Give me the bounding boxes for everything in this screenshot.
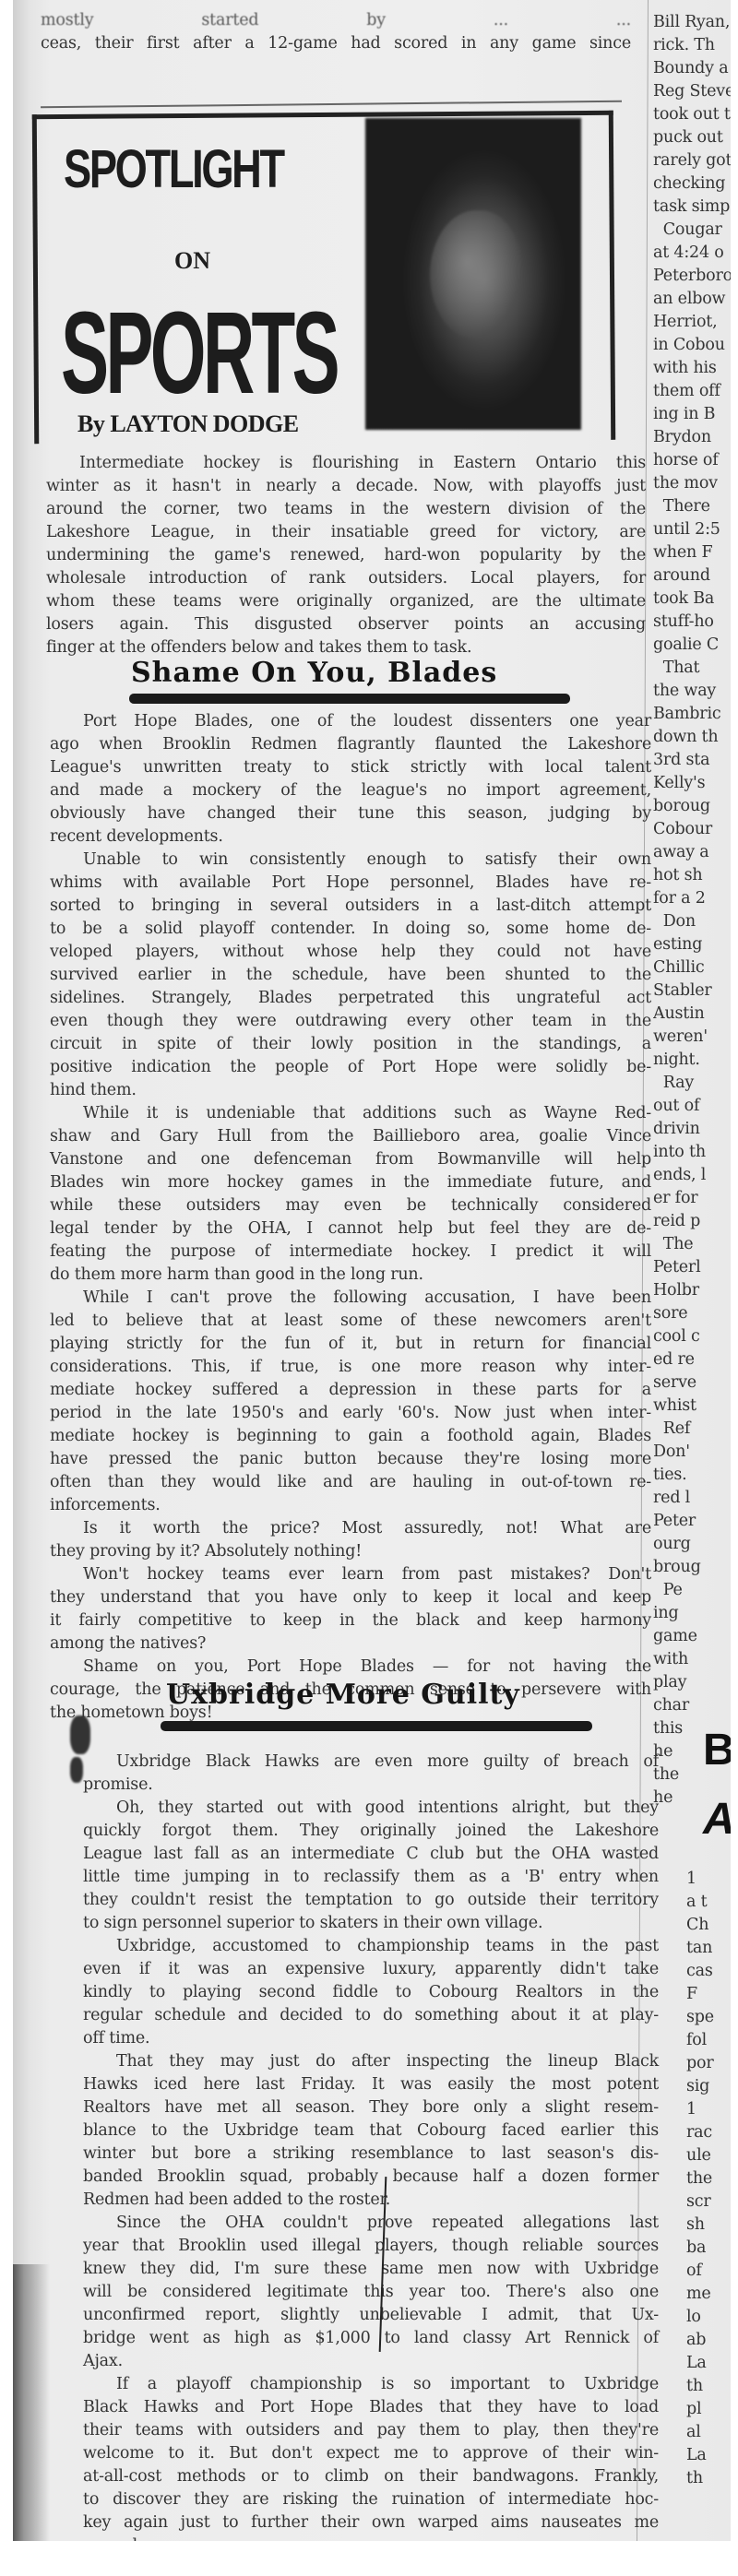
text-line: for a 2 [653, 887, 731, 910]
section-headline-uxbridge-more-guilty: Uxbridge More Guilty [166, 1679, 520, 1711]
text-line: ties. [653, 1464, 731, 1487]
text-line: Holbr [653, 1279, 731, 1302]
text-line: whims with available Port Hope personnel… [50, 872, 651, 895]
text-line: rick. Th [653, 34, 731, 57]
text-line: Is it worth the price? Most assuredly, n… [50, 1517, 651, 1540]
text-line: night. [653, 1049, 731, 1072]
text-line: F [686, 1983, 731, 2006]
text-line: even though they were outdrawing every o… [50, 1010, 651, 1033]
text-line: Bambric [653, 703, 731, 726]
text-line: boroug [653, 795, 731, 818]
portrait-face [430, 210, 522, 339]
text-line: positive indication the people of Port H… [50, 1056, 651, 1079]
text-line: sig [686, 2075, 731, 2098]
text-line: reid p [653, 1210, 731, 1233]
text-line: Since the OHA couldn't prove repeated al… [83, 2212, 659, 2235]
text-line: undermining the game's renewed, hard-won… [46, 544, 646, 567]
text-line: Cobour [653, 818, 731, 841]
text-line: to be a solid playoff contender. In doin… [50, 918, 651, 941]
text-line: quickly forgot them. They originally joi… [83, 1820, 659, 1843]
adjacent-headline-fragment: B [703, 1725, 731, 1775]
text-line: Intermediate hockey is flourishing in Ea… [46, 452, 646, 475]
text-line: bridge went as high as $1,000 to land cl… [83, 2327, 659, 2350]
text-line: out of [653, 1095, 731, 1118]
byline: By LAYTON DODGE [77, 410, 299, 438]
text-line: unconfirmed report, slightly unbelievabl… [83, 2304, 659, 2327]
text-line: winter as it hasn't in nearly a decade. … [46, 475, 646, 498]
text-line: whist [653, 1395, 731, 1418]
text-line: Don' [653, 1441, 731, 1464]
text-line: lo [686, 2306, 731, 2329]
text-line: Chillic [653, 956, 731, 979]
text-line: it fairly competitive to keep in the bla… [50, 1609, 651, 1632]
text-line: rarely got [653, 149, 731, 172]
text-line: blance to the Uxbridge team that Cobourg… [83, 2119, 659, 2143]
text-line: among the natives? [50, 1632, 651, 1656]
text-line: Peter [653, 1510, 731, 1533]
columnist-photo [365, 118, 581, 430]
text-line: little time jumping in to reclassify the… [83, 1866, 659, 1889]
text-line: kindly to playing second fiddle to Cobou… [83, 1981, 659, 2004]
text-line: with [653, 1648, 731, 1671]
text-line: play [653, 1671, 731, 1694]
text-line: into th [653, 1141, 731, 1164]
text-line: If a playoff championship is so importan… [83, 2373, 659, 2396]
text-line: 1 [686, 1868, 731, 1891]
text-line: spe [686, 2006, 731, 2029]
text-line: Black Hawks and Port Hope Blades that th… [83, 2396, 659, 2419]
text-line: That they may just do after inspecting t… [83, 2050, 659, 2073]
text-line: sorted to bringing in several outsiders … [50, 895, 651, 918]
text-line: even if it was an expensive luxury, appa… [83, 1958, 659, 1981]
text-line: year that Brooklin used illegal players,… [83, 2235, 659, 2258]
text-line: welcome to it. But don't expect me to ap… [83, 2442, 659, 2465]
text-line: al [686, 2421, 731, 2444]
text-line: horse of [653, 449, 731, 472]
text-line: period in the late 1950's and early '60'… [50, 1402, 651, 1425]
text-line: legal tender by the OHA, I cannot help b… [50, 1217, 651, 1241]
text-line: game [653, 1625, 731, 1648]
text-line: ends, l [653, 1164, 731, 1187]
text-line: Ray [653, 1072, 731, 1095]
text-line: at-all-cost methods or to climb on their… [83, 2465, 659, 2488]
text-line: La [686, 2352, 731, 2375]
text-line: Bill Ryan, [653, 11, 731, 34]
text-line: losers again. This disgusted observer po… [46, 613, 646, 636]
text-line: League's unwritten treaty to stick stric… [50, 756, 651, 779]
text-line: an elbow [653, 288, 731, 311]
column-title-on: ON [174, 247, 210, 275]
text-line: Uxbridge, accustomed to championship tea… [83, 1935, 659, 1958]
text-line: Peterboro [653, 265, 731, 288]
text-line: me [686, 2283, 731, 2306]
text-line: 1 [686, 2098, 731, 2121]
text-line: ab [686, 2329, 731, 2352]
text-line: ceas, their first after a 12-game had sc… [41, 32, 631, 55]
text-line: Boundy a [653, 57, 731, 80]
text-line: Ref [653, 1418, 731, 1441]
text-line: mostly started by ... ... [41, 9, 631, 32]
text-line: tan [686, 1937, 731, 1960]
text-line: of [686, 2260, 731, 2283]
text-line: serve [653, 1371, 731, 1395]
text-line: at 4:24 o [653, 242, 731, 265]
column-title-sports: SPORTS [61, 295, 337, 411]
text-line: pl [686, 2398, 731, 2421]
column-title-spotlight: SPOTLIGHT [64, 143, 283, 196]
text-line: often than they would like and are hauli… [50, 1471, 651, 1494]
text-line: goalie C [653, 634, 731, 657]
text-line: their teams with outsiders and pay them … [83, 2419, 659, 2442]
section-headline-shame-on-you-blades: Shame On You, Blades [131, 657, 497, 689]
section-divider [41, 101, 622, 109]
text-line: th [686, 2467, 731, 2490]
text-line: checking [653, 172, 731, 196]
headline-underline-bar [129, 694, 570, 704]
text-line: obviously have changed their tune this s… [50, 802, 651, 825]
text-line: Austin [653, 1003, 731, 1026]
text-line: 3rd sta [653, 749, 731, 772]
text-line: Ch [686, 1914, 731, 1937]
text-line: while these outsiders may even be techni… [50, 1194, 651, 1217]
text-line: promise. [83, 1774, 659, 1797]
text-line: red l [653, 1487, 731, 1510]
text-line: Herriot, [653, 311, 731, 334]
text-line: around the corner, two teams in the west… [46, 498, 646, 521]
text-line: inforcements. [50, 1494, 651, 1517]
text-line: them off [653, 380, 731, 403]
text-line: stuff-ho [653, 611, 731, 634]
intro-paragraph: Intermediate hockey is flourishing in Ea… [46, 452, 646, 659]
text-line: scr [686, 2190, 731, 2214]
adjacent-column-fragment-lower: 1a tChtancasFspefolporsig1raculethescrsh… [686, 1868, 731, 2490]
text-line: in Cobou [653, 334, 731, 357]
text-line: The [653, 1233, 731, 1256]
text-line: ago when Brooklin Redmen flagrantly flau… [50, 733, 651, 756]
text-line: Port Hope Blades, one of the loudest dis… [50, 710, 651, 733]
text-line: League last fall as an intermediate C cl… [83, 1843, 659, 1866]
text-line: away a [653, 841, 731, 864]
text-line: to discover they are risking the ruinati… [83, 2488, 659, 2511]
adjacent-column-fragment: Bill Ryan,rick. ThBoundy aReg Stevetook … [653, 11, 731, 1810]
text-line: ed re [653, 1348, 731, 1371]
text-line: they couldn't resist the temptation to g… [83, 1889, 659, 1912]
text-line: they understand that you have only to ke… [50, 1586, 651, 1609]
text-line: key again just to further their own warp… [83, 2511, 659, 2534]
text-line: por [686, 2052, 731, 2075]
text-line: the mov [653, 472, 731, 495]
text-line: hind them. [50, 1079, 651, 1102]
text-line: veloped players, without whose help they… [50, 941, 651, 964]
text-line: feating the purpose of intermediate hock… [50, 1241, 651, 1264]
text-line: Cougar [653, 219, 731, 242]
text-line: banded Brooklin squad, probably because … [83, 2166, 659, 2189]
text-line: cool c [653, 1325, 731, 1348]
text-line: with his [653, 357, 731, 380]
previous-article-fragment: mostly started by ... ... ceas, their fi… [41, 9, 631, 55]
text-line: survived earlier in the schedule, have b… [50, 964, 651, 987]
text-line: esting [653, 933, 731, 956]
section-body-blades: Port Hope Blades, one of the loudest dis… [50, 710, 651, 1725]
ink-smudge [70, 1715, 90, 1754]
section-body-uxbridge: Uxbridge Black Hawks are even more guilt… [83, 1751, 659, 2541]
text-line: the way [653, 680, 731, 703]
text-line: around [653, 564, 731, 588]
text-line: circuit in spite of their lowly position… [50, 1033, 651, 1056]
text-line: Don [653, 910, 731, 933]
text-line: ourg [653, 1533, 731, 1556]
text-line: sh [686, 2214, 731, 2237]
text-line: winter but bore a striking resemblance t… [83, 2143, 659, 2166]
text-line: hot sh [653, 864, 731, 887]
text-line: sore [653, 1302, 731, 1325]
text-line: when F [653, 541, 731, 564]
text-line: Brydon [653, 426, 731, 449]
text-line: mediate hockey is beginning to gain a fo… [50, 1425, 651, 1448]
text-line: Blades win more hockey games in the imme… [50, 1171, 651, 1194]
text-line: a t [686, 1891, 731, 1914]
text-line: ule [686, 2144, 731, 2167]
text-line: puck out [653, 126, 731, 149]
text-line: Hawks iced here last Friday. It was easi… [83, 2073, 659, 2096]
text-line: Uxbridge Black Hawks are even more guilt… [83, 1751, 659, 1774]
text-line: Vanstone and one defenceman from Bowmanv… [50, 1148, 651, 1171]
text-line: fol [686, 2029, 731, 2052]
text-line: they proving by it? Absolutely nothing! [50, 1540, 651, 1563]
ink-smudge [70, 1757, 83, 1783]
text-line: Oh, they started out with good intention… [83, 1797, 659, 1820]
text-line: will be considered legitimate this year … [83, 2281, 659, 2304]
text-line: That [653, 657, 731, 680]
adjacent-headline-fragment: A [703, 1794, 731, 1845]
text-line: led to believe that at least some of the… [50, 1310, 651, 1333]
text-line: considerations. This, if true, is one mo… [50, 1356, 651, 1379]
text-line: Stabler [653, 979, 731, 1003]
text-line: took out t [653, 103, 731, 126]
text-line: Reg Steve [653, 80, 731, 103]
text-line: cas [686, 1960, 731, 1983]
text-line: task simp [653, 196, 731, 219]
headline-underline-bar [161, 1721, 592, 1731]
text-line: until 2:5 [653, 518, 731, 541]
text-line: Peterl [653, 1256, 731, 1279]
text-line: do them more harm than good in the long … [50, 1264, 651, 1287]
text-line: no end. [83, 2534, 659, 2541]
text-line: broug [653, 1556, 731, 1579]
text-line: drivin [653, 1118, 731, 1141]
text-line: rac [686, 2121, 731, 2144]
text-line: th [686, 2375, 731, 2398]
text-line: wholesale introduction of rank outsiders… [46, 567, 646, 590]
text-line: weren' [653, 1026, 731, 1049]
text-line: char [653, 1694, 731, 1717]
text-line: regular schedule and decided to do somet… [83, 2004, 659, 2027]
text-line: took Ba [653, 588, 731, 611]
text-line: Shame on you, Port Hope Blades — for not… [50, 1656, 651, 1679]
text-line: whom these teams were originally organiz… [46, 590, 646, 613]
text-line: Won't hockey teams ever learn from past … [50, 1563, 651, 1586]
text-line: shaw and Gary Hull from the Baillieboro … [50, 1125, 651, 1148]
text-line: mediate hockey suffered a depression in … [50, 1379, 651, 1402]
text-line: the [686, 2167, 731, 2190]
text-line: ing [653, 1602, 731, 1625]
text-line: to sign personnel superior to skaters in… [83, 1912, 659, 1935]
text-line: and made a mockery of the league's no im… [50, 779, 651, 802]
text-line: Ajax. [83, 2350, 659, 2373]
text-line: While it is undeniable that additions su… [50, 1102, 651, 1125]
text-line: knew they did, I'm sure these same men n… [83, 2258, 659, 2281]
text-line: ba [686, 2237, 731, 2260]
text-line: Redmen had been added to the roster. [83, 2189, 659, 2212]
text-line: ing in B [653, 403, 731, 426]
text-line: While I can't prove the following accusa… [50, 1287, 651, 1310]
text-line: sidelines. Strangely, Blades perpetrated… [50, 987, 651, 1010]
text-line: Kelly's [653, 772, 731, 795]
text-line: Pe [653, 1579, 731, 1602]
text-line: playing strictly for the fun of it, but … [50, 1333, 651, 1356]
text-line: Realtors have met all season. They bore … [83, 2096, 659, 2119]
text-line: Lakeshore League, in their insatiable gr… [46, 521, 646, 544]
text-line: La [686, 2444, 731, 2467]
text-line: down th [653, 726, 731, 749]
text-line: off time. [83, 2027, 659, 2050]
text-line: recent developments. [50, 825, 651, 849]
newspaper-clipping: mostly started by ... ... ceas, their fi… [13, 0, 731, 2541]
text-line: Unable to win consistently enough to sat… [50, 849, 651, 872]
text-line: have pressed the panic button because th… [50, 1448, 651, 1471]
text-line: There [653, 495, 731, 518]
text-line: er for [653, 1187, 731, 1210]
